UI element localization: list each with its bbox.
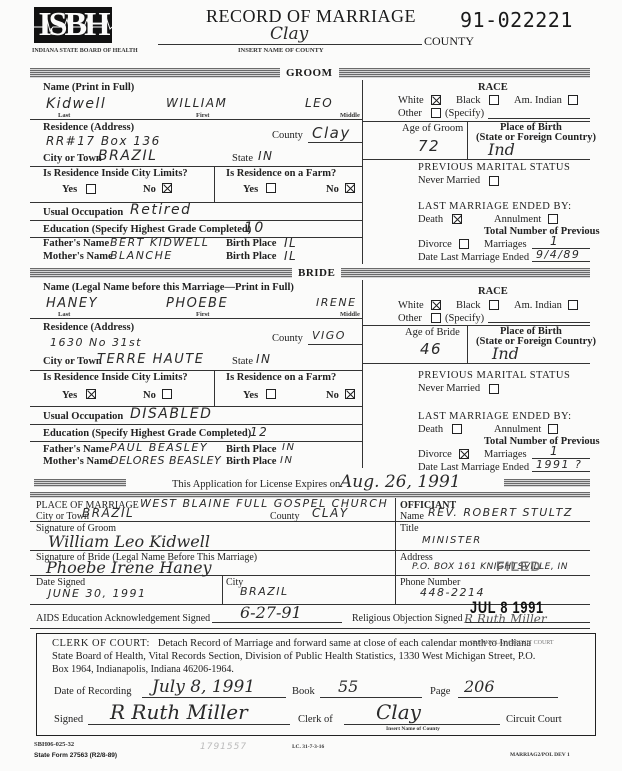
no-label: No — [143, 184, 156, 195]
circuit-court-label: Circuit Court — [506, 714, 562, 725]
groom-county[interactable]: Clay — [312, 124, 351, 142]
birth-place-label: Birth Place — [226, 444, 276, 455]
underline — [532, 261, 590, 262]
groom-birthplace[interactable]: Ind — [488, 140, 515, 159]
bride-state-label: State — [232, 356, 253, 367]
race-white-label: White — [398, 95, 424, 106]
no-label: No — [326, 184, 339, 195]
divider — [30, 202, 362, 203]
groom-state-label: State — [232, 153, 253, 164]
underline — [532, 471, 590, 472]
clerk-signature[interactable]: R Ruth Miller — [110, 700, 248, 724]
underline — [344, 724, 500, 725]
divider — [467, 325, 468, 363]
underline — [320, 697, 422, 698]
logo-caption: INDIANA STATE BOARD OF HEALTH — [32, 48, 138, 54]
race-other-label: Other — [398, 108, 422, 119]
groom-occupation[interactable]: Retired — [130, 202, 191, 218]
bride-section-label: BRIDE — [292, 267, 341, 279]
middle-caption: Middle — [340, 311, 360, 318]
groom-never-married-checkbox[interactable] — [489, 176, 499, 186]
divider — [214, 166, 215, 202]
groom-mother-label: Mother's Name — [43, 251, 113, 262]
officiant-title-label: Title — [400, 523, 419, 534]
faint-stamp: 1791557 — [200, 742, 247, 752]
ceremony-city[interactable]: BRAZIL — [82, 506, 134, 520]
bride-birthplace[interactable]: Ind — [492, 344, 519, 363]
groom-name-label: Name (Print in Full) — [43, 82, 134, 93]
book-number[interactable]: 55 — [338, 677, 358, 696]
bride-city-limits-no-checkbox[interactable] — [162, 389, 172, 399]
filed-stamp: FILED — [496, 558, 541, 574]
underline — [212, 622, 342, 623]
groom-farm-yes-checkbox[interactable] — [266, 183, 276, 193]
groom-column-divider — [362, 80, 363, 264]
bride-county[interactable]: VIGO — [312, 329, 346, 342]
book-label: Book — [292, 686, 315, 697]
never-married-label: Never Married — [418, 175, 480, 186]
recording-date[interactable]: July 8, 1991 — [152, 677, 255, 697]
divider — [30, 166, 362, 167]
groom-race-amindian-checkbox[interactable] — [568, 95, 578, 105]
signed-label: Signed — [54, 714, 83, 725]
divider — [30, 628, 590, 629]
groom-mother-birth[interactable]: IL — [284, 249, 297, 263]
divorce-label: Divorce — [418, 449, 452, 460]
middle-caption: Middle — [340, 112, 360, 119]
first-caption: First — [196, 112, 209, 119]
clerk-of-county[interactable]: Clay — [376, 700, 421, 724]
page-title: RECORD OF MARRIAGE — [206, 6, 416, 27]
page-number[interactable]: 206 — [464, 677, 495, 696]
prev-status-label: PREVIOUS MARITAL STATUS — [418, 370, 570, 381]
bride-column-divider — [362, 280, 363, 468]
groom-age-label: Age of Groom — [402, 123, 463, 134]
bride-father[interactable]: PAUL BEASLEY — [110, 441, 208, 454]
license-band-left — [34, 479, 126, 487]
yes-label: Yes — [62, 390, 77, 401]
divider — [30, 220, 362, 221]
clerk-instructions-lead: CLERK OF COURT: — [52, 638, 150, 649]
bride-first-name[interactable]: PHOEBE — [166, 296, 228, 311]
groom-education-label: Education (Specify Highest Grade Complet… — [43, 224, 251, 235]
bride-mother[interactable]: DELORES BEASLEY — [110, 454, 221, 467]
groom-father[interactable]: BERT KIDWELL — [110, 236, 209, 249]
religious-objection-label: Religious Objection Signed — [352, 613, 463, 624]
total-previous-label: Total Number of Previous — [484, 436, 600, 447]
death-label: Death — [418, 424, 443, 435]
clerk-instructions-text1: Detach Record of Marriage and forward sa… — [158, 638, 531, 649]
header-county-caption: INSERT NAME OF COUNTY — [238, 47, 324, 54]
groom-first-name[interactable]: WILLIAM — [166, 96, 227, 110]
groom-race-other-checkbox[interactable] — [431, 108, 441, 118]
divider — [30, 370, 362, 371]
last-caption: Last — [58, 112, 70, 119]
marriages-label: Marriages — [484, 449, 527, 460]
no-label: No — [143, 390, 156, 401]
recording-date-label: Date of Recording — [54, 686, 132, 697]
clerk-instructions-line2: State Board of Health, Vital Records Sec… — [52, 651, 535, 662]
bride-occupation-label: Usual Occupation — [43, 411, 123, 422]
groom-date-ended[interactable]: 9/4/89 — [536, 248, 580, 261]
groom-city-limits-label: Is Residence Inside City Limits? — [43, 168, 188, 179]
form-right-code: MARRIAG2/POL DEV 1 — [510, 752, 570, 758]
bride-education[interactable]: 12 — [250, 425, 268, 439]
divider — [362, 159, 590, 160]
bride-county-label: County — [272, 333, 303, 344]
bride-city-limits-yes-checkbox[interactable] — [86, 389, 96, 399]
bride-signature[interactable]: Phoebe Irene Haney — [46, 558, 212, 577]
bride-father-birth[interactable]: IN — [282, 442, 295, 453]
birth-place-label: Birth Place — [226, 456, 276, 467]
groom-city[interactable]: BRAZIL — [98, 148, 157, 164]
officiant-column-divider — [395, 498, 396, 604]
groom-farm-no-checkbox[interactable] — [345, 183, 355, 193]
bride-mother-label: Mother's Name — [43, 456, 113, 467]
ceremony-county-label: County — [270, 511, 299, 522]
groom-middle-name[interactable]: LEO — [305, 96, 333, 110]
bride-city[interactable]: TERRE HAUTE — [97, 352, 204, 367]
bride-race-black-checkbox[interactable] — [489, 300, 499, 310]
bride-section-band: BRIDE — [30, 268, 590, 278]
groom-father-birth[interactable]: IL — [284, 236, 297, 250]
divorce-label: Divorce — [418, 239, 452, 250]
divider — [222, 575, 223, 604]
race-amindian-label: Am. Indian — [514, 300, 562, 311]
aids-ack-date[interactable]: 6-27-91 — [240, 603, 302, 622]
groom-mother[interactable]: BLANCHE — [110, 249, 173, 262]
date-signed[interactable]: JUNE 30, 1991 — [48, 587, 146, 600]
license-band-right — [504, 479, 590, 487]
divider — [214, 370, 215, 406]
death-label: Death — [418, 214, 443, 225]
total-previous-label: Total Number of Previous — [484, 226, 600, 237]
date-ended-label: Date Last Marriage Ended — [418, 252, 529, 263]
race-black-label: Black — [456, 300, 481, 311]
last-ended-label: LAST MARRIAGE ENDED BY: — [418, 411, 572, 422]
bride-race-other-checkbox[interactable] — [431, 313, 441, 323]
race-black-label: Black — [456, 95, 481, 106]
bride-residence-label: Residence (Address) — [43, 322, 134, 333]
clerk-stamp-signature: R Ruth Miller — [464, 612, 547, 626]
groom-section-band: GROOM — [30, 68, 590, 78]
groom-race-black-checkbox[interactable] — [489, 95, 499, 105]
bride-last-name[interactable]: HANEY — [46, 296, 98, 311]
groom-last-name[interactable]: Kidwell — [46, 96, 106, 112]
clerk-instructions-line3: Box 1964, Indianapolis, Indiana 46206-19… — [52, 664, 234, 675]
officiant-name-label: Name — [400, 511, 424, 522]
officiant-name[interactable]: REV. ROBERT STULTZ — [428, 506, 573, 519]
bride-occupation[interactable]: DISABLED — [130, 406, 212, 422]
bride-residence[interactable]: 1630 No 31st — [50, 336, 142, 349]
prev-status-label: PREVIOUS MARITAL STATUS — [418, 162, 570, 173]
page-label: Page — [430, 686, 450, 697]
race-label: RACE — [478, 286, 508, 297]
groom-education[interactable]: 10 — [244, 220, 265, 236]
underline — [488, 118, 590, 119]
groom-section-label: GROOM — [280, 67, 339, 79]
bride-race-amindian-checkbox[interactable] — [568, 300, 578, 310]
bride-mother-birth[interactable]: IN — [280, 455, 293, 466]
state-form: State Form 27563 (R2/8-89) — [34, 752, 117, 759]
underline — [458, 697, 558, 698]
heartbeat-icon — [34, 17, 112, 33]
birth-place-label: Birth Place — [226, 251, 276, 262]
officiant-title[interactable]: MINISTER — [422, 535, 482, 546]
groom-occupation-label: Usual Occupation — [43, 207, 123, 218]
marriages-label: Marriages — [484, 239, 527, 250]
groom-farm-label: Is Residence on a Farm? — [226, 168, 336, 179]
place-of-marriage[interactable]: WEST BLAINE FULL GOSPEL CHURCH — [140, 497, 388, 510]
underline — [488, 322, 590, 323]
no-label: No — [326, 390, 339, 401]
clerk-of-caption: Insert Name of County — [386, 726, 440, 732]
divider — [467, 121, 468, 159]
officiant-address[interactable]: P.O. BOX 161 KNIGHTSVILLE, IN — [412, 562, 568, 572]
license-expires-label: This Application for License Expires on — [172, 479, 340, 490]
yes-label: Yes — [62, 184, 77, 195]
last-ended-label: LAST MARRIAGE ENDED BY: — [418, 201, 572, 212]
record-number: 91-022221 — [460, 8, 573, 32]
bride-age[interactable]: 46 — [420, 340, 442, 358]
underline — [308, 344, 362, 345]
bride-middle-name[interactable]: IRENE — [316, 296, 357, 309]
bride-state[interactable]: IN — [256, 352, 272, 366]
yes-label: Yes — [243, 184, 258, 195]
divider — [30, 119, 362, 120]
groom-divorce-checkbox[interactable] — [459, 239, 469, 249]
bride-father-label: Father's Name — [43, 444, 109, 455]
groom-signature[interactable]: William Leo Kidwell — [48, 532, 210, 551]
groom-marriages[interactable]: 1 — [550, 234, 559, 248]
bride-never-married-checkbox[interactable] — [489, 384, 499, 394]
divider — [30, 521, 590, 522]
race-other-label: Other — [398, 313, 422, 324]
groom-city-limits-yes-checkbox[interactable] — [86, 184, 96, 194]
never-married-label: Never Married — [418, 383, 480, 394]
groom-race-white-checkbox[interactable] — [431, 95, 441, 105]
groom-state[interactable]: IN — [258, 149, 274, 163]
divider — [362, 363, 590, 364]
bride-divorce-checkbox[interactable] — [459, 449, 469, 459]
underline — [88, 724, 290, 725]
ceremony-county[interactable]: CLAY — [312, 506, 349, 520]
bride-annulment-checkbox[interactable] — [548, 424, 558, 434]
bride-farm-no-checkbox[interactable] — [345, 389, 355, 399]
groom-residence-label: Residence (Address) — [43, 122, 134, 133]
bride-city-limits-label: Is Residence Inside City Limits? — [43, 372, 188, 383]
underline — [308, 142, 362, 143]
bride-death-checkbox[interactable] — [452, 424, 462, 434]
aids-ack-label: AIDS Education Acknowledgement Signed — [36, 613, 210, 624]
annulment-label: Annulment — [494, 214, 541, 225]
bride-farm-label: Is Residence on a Farm? — [226, 372, 336, 383]
groom-death-checkbox[interactable] — [452, 214, 462, 224]
groom-father-label: Father's Name — [43, 238, 109, 249]
divider — [30, 424, 362, 425]
clerk-instructions-line1: CLERK OF COURT: Detach Record of Marriag… — [52, 638, 531, 649]
license-expires-date[interactable]: Aug. 26, 1991 — [340, 472, 461, 492]
bride-date-ended[interactable]: 1991 ? — [536, 458, 582, 471]
race-amindian-label: Am. Indian — [514, 95, 562, 106]
bride-marriages[interactable]: 1 — [550, 444, 559, 458]
race-white-label: White — [398, 300, 424, 311]
bride-education-label: Education (Specify Highest Grade Complet… — [43, 428, 251, 439]
race-label: RACE — [478, 82, 508, 93]
birth-place-label: Birth Place — [226, 238, 276, 249]
clerk-of-label: Clerk of — [298, 714, 333, 725]
header-county-label: COUNTY — [424, 34, 474, 49]
annulment-label: Annulment — [494, 424, 541, 435]
groom-city-label: City or Town — [43, 153, 102, 164]
groom-residence[interactable]: RR#17 Box 136 — [46, 134, 161, 148]
bride-race-white-checkbox[interactable] — [431, 300, 441, 310]
bride-farm-yes-checkbox[interactable] — [266, 389, 276, 399]
form-code: SBH06-025-32 — [34, 741, 74, 748]
race-specify-label: (Specify) — [445, 313, 484, 324]
groom-age[interactable]: 72 — [418, 137, 440, 155]
bride-age-label: Age of Bride — [405, 327, 460, 338]
county-underline — [158, 44, 422, 45]
groom-county-label: County — [272, 130, 303, 141]
groom-city-limits-no-checkbox[interactable] — [162, 183, 172, 193]
ic-code: I.C. 31-7-3-16 — [292, 744, 324, 750]
yes-label: Yes — [243, 390, 258, 401]
race-specify-label: (Specify) — [445, 108, 484, 119]
first-caption: First — [196, 311, 209, 318]
isbh-logo: ISBH — [34, 7, 112, 43]
groom-annulment-checkbox[interactable] — [548, 214, 558, 224]
bride-name-label: Name (Legal Name before this Marriage—Pr… — [43, 282, 294, 293]
header-county-value: Clay — [270, 24, 308, 44]
last-caption: Last — [58, 311, 70, 318]
underline — [142, 697, 286, 698]
sign-city[interactable]: BRAZIL — [240, 585, 289, 598]
divider — [30, 318, 362, 319]
bride-city-label: City or Town — [43, 356, 102, 367]
